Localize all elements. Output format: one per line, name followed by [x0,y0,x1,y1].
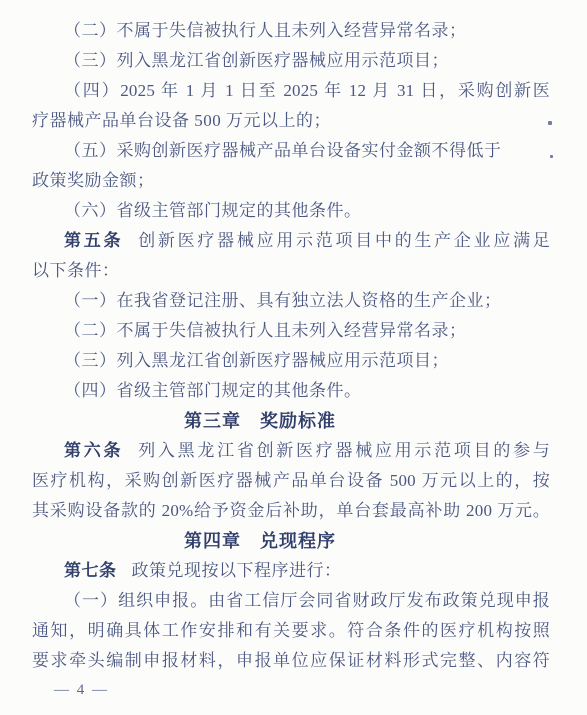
article-number: 第六条 [64,441,123,460]
text-line: 以下条件： [32,256,550,286]
text-line: （一）在我省登记注册、具有独立法人资格的生产企业； [32,286,550,316]
chapter-heading: 第四章 兑现程序 [32,526,550,556]
text-run: 列入黑龙江省创新医疗器械应用示范项目的参与 [138,441,550,460]
text-line: （五）采购创新医疗器械产品单台设备实付金额不得低于 [32,136,550,166]
text-run: 创新医疗器械应用示范项目中的生产企业应满足 [138,231,550,250]
text-line: 通知，明确具体工作安排和有关要求。符合条件的医疗机构按照 [32,616,550,646]
document-page: （二）不属于失信被执行人且未列入经营异常名录；（三）列入黑龙江省创新医疗器械应用… [0,0,587,715]
text-line: 第五条创新医疗器械应用示范项目中的生产企业应满足 [32,226,550,256]
scan-speck [550,155,553,158]
text-line: （四）省级主管部门规定的其他条件。 [32,376,550,406]
text-line: （六）省级主管部门规定的其他条件。 [32,196,550,226]
text-line: 第六条列入黑龙江省创新医疗器械应用示范项目的参与 [32,436,550,466]
text-line: （二）不属于失信被执行人且未列入经营异常名录； [32,316,550,346]
text-run: 政策兑现按以下程序进行： [132,561,342,580]
text-line: 其采购设备款的 20%给予资金后补助，单台套最高补助 200 万元。 [32,496,550,526]
text-line: （一）组织申报。由省工信厅会同省财政厅发布政策兑现申报 [32,586,550,616]
text-line: 要求牵头编制申报材料，申报单位应保证材料形式完整、内容符 [32,646,550,676]
text-line: （三）列入黑龙江省创新医疗器械应用示范项目； [32,346,550,376]
text-line: 医疗机构，采购创新医疗器械产品单台设备 500 万元以上的，按 [32,466,550,496]
article-number: 第五条 [64,231,123,250]
document-body: （二）不属于失信被执行人且未列入经营异常名录；（三）列入黑龙江省创新医疗器械应用… [32,16,550,676]
page-number: — 4 — [54,677,109,703]
text-line: 政策奖励金额； [32,166,550,196]
text-line: （四）2025 年 1 月 1 日至 2025 年 12 月 31 日，采购创新… [32,76,550,106]
text-line: 第七条政策兑现按以下程序进行： [32,556,550,586]
scan-speck [548,121,552,125]
text-line: 疗器械产品单台设备 500 万元以上的； [32,106,550,136]
text-line: （二）不属于失信被执行人且未列入经营异常名录； [32,16,550,46]
article-number: 第七条 [64,561,117,580]
chapter-heading: 第三章 奖励标准 [32,406,550,436]
text-line: （三）列入黑龙江省创新医疗器械应用示范项目； [32,46,550,76]
